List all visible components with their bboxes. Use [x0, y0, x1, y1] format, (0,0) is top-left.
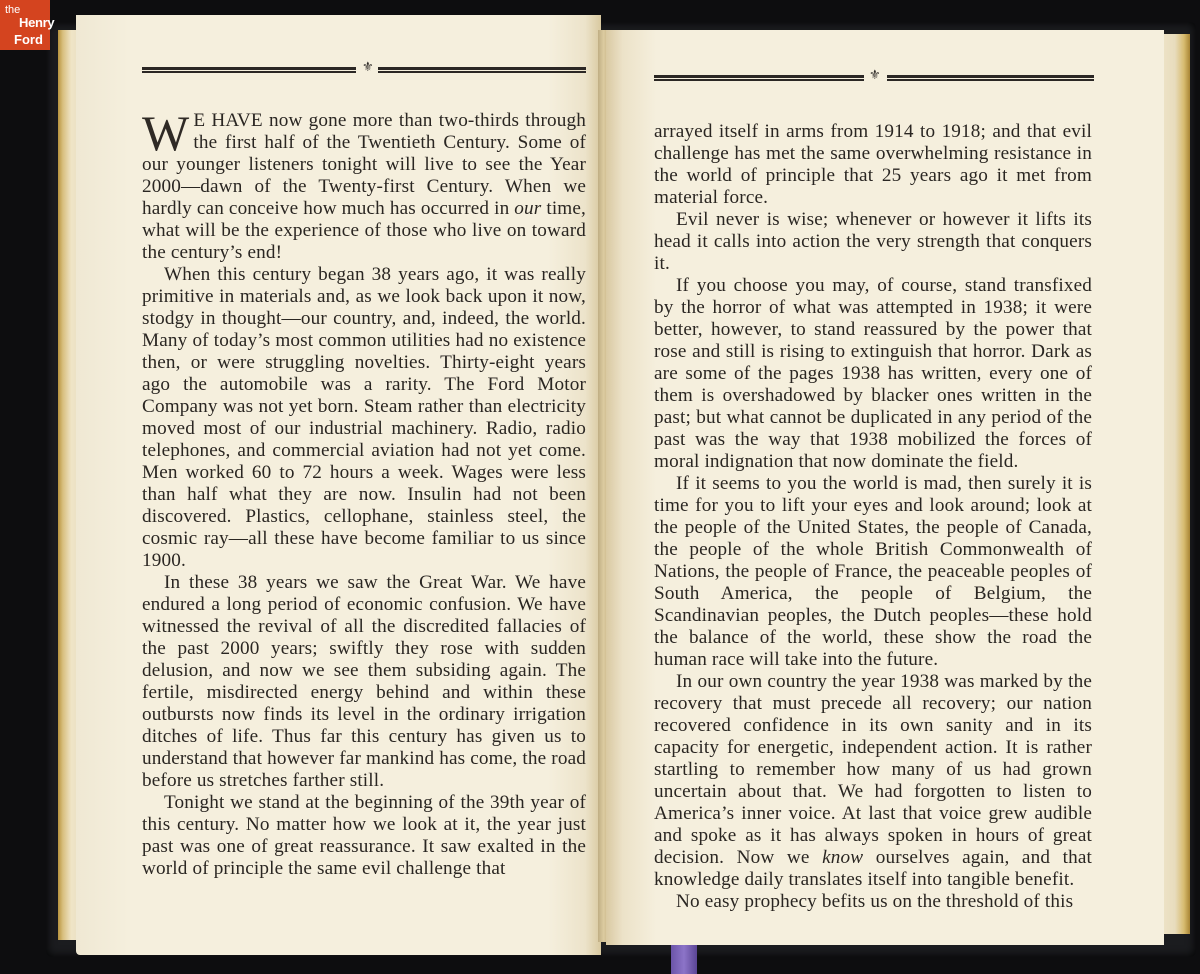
left-page: ⚜ WE HAVE now gone more than two-thirds …: [76, 15, 601, 955]
ornament-rule: [378, 67, 586, 73]
ornament-rule: [887, 75, 1094, 81]
paragraph: If you choose you may, of course, stand …: [654, 275, 1092, 473]
paragraph: Tonight we stand at the beginning of the…: [142, 792, 586, 880]
ornament-rule: [142, 67, 356, 73]
header-ornament: ⚜: [654, 73, 1094, 85]
logo-the: the: [5, 5, 20, 16]
paragraph: arrayed itself in arms from 1914 to 1918…: [654, 121, 1092, 209]
henry-ford-logo: the Henry Ford: [0, 0, 50, 50]
fleur-de-lis-icon: ⚜: [869, 68, 881, 81]
bookmark-ribbon: [671, 945, 697, 974]
logo-henry: Henry: [19, 16, 54, 29]
logo-ford: Ford: [14, 33, 43, 46]
paragraph: In our own country the year 1938 was mar…: [654, 671, 1092, 891]
fleur-de-lis-icon: ⚜: [362, 60, 374, 73]
emphasis: our: [514, 198, 541, 219]
right-page: ⚜ arrayed itself in arms from 1914 to 19…: [606, 30, 1164, 945]
left-page-text: WE HAVE now gone more than two-thirds th…: [142, 110, 586, 880]
paragraph: No easy prophecy befits us on the thresh…: [654, 891, 1092, 913]
header-ornament: ⚜: [142, 65, 586, 77]
paragraph: In these 38 years we saw the Great War. …: [142, 572, 586, 792]
drop-cap: W: [142, 114, 189, 152]
page-edges-right: [1160, 34, 1190, 934]
paragraph: Evil never is wise; whenever or however …: [654, 209, 1092, 275]
ornament-rule: [654, 75, 864, 81]
paragraph: WE HAVE now gone more than two-thirds th…: [142, 110, 586, 264]
emphasis: know: [822, 847, 863, 868]
right-page-text: arrayed itself in arms from 1914 to 1918…: [654, 121, 1092, 913]
paragraph: If it seems to you the world is mad, the…: [654, 473, 1092, 671]
paragraph: When this century began 38 years ago, it…: [142, 264, 586, 572]
